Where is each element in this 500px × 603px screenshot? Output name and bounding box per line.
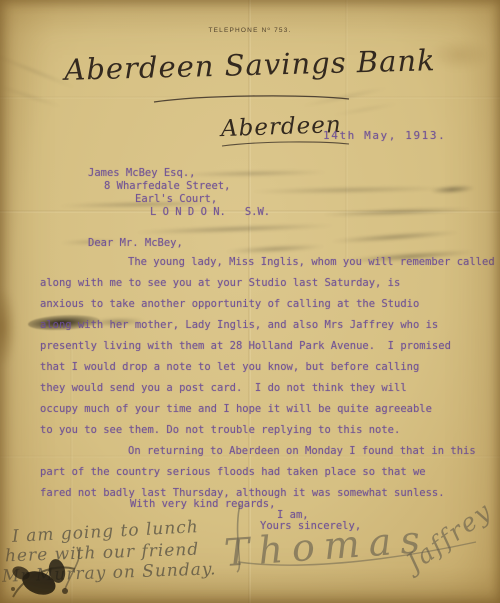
body-line: to you to see them. Do not trouble reply… [40, 420, 498, 441]
body-line: they would send you a post card. I do no… [40, 378, 498, 399]
ink-smudge [135, 223, 335, 236]
ink-smudge [178, 170, 328, 178]
ink-blot [5, 545, 115, 603]
letter-body: The young lady, Miss Inglis, whom you wi… [40, 252, 498, 504]
body-line: along with her mother, Lady Inglis, and … [40, 315, 498, 336]
telephone-number: TELEPHONE Nº 753. [0, 27, 500, 34]
body-line: The young lady, Miss Inglis, whom you wi… [128, 252, 498, 273]
recipient-district: Earl's Court, [135, 193, 217, 205]
body-line: that I would drop a note to let you know… [40, 357, 498, 378]
ink-smudge [330, 229, 460, 244]
body-line: anxious to take another opportunity of c… [40, 294, 498, 315]
recipient-name: James McBey Esq., [88, 167, 195, 179]
recipient-city: L O N D O N. S.W. [150, 206, 270, 218]
ink-smudge [250, 185, 450, 194]
bank-name-script: Aberdeen Savings Bank [64, 43, 436, 87]
recipient-street: 8 Wharfedale Street, [104, 180, 230, 192]
letter-date: 14th May, 1913. [323, 129, 446, 142]
ink-smudge [430, 184, 475, 194]
ink-smudge [322, 206, 472, 217]
body-line: occupy much of your time and I hope it w… [40, 399, 498, 420]
paper-stain [430, 40, 490, 70]
body-line: presently living with them at 28 Holland… [40, 336, 498, 357]
paper-stain [0, 290, 16, 365]
title-underline-flourish [152, 92, 352, 106]
body-line: part of the country serious floods had t… [40, 462, 498, 483]
salutation: Dear Mr. McBey, [88, 237, 183, 249]
paper-crease-mark [0, 84, 64, 108]
body-line: On returning to Aberdeen on Monday I fou… [128, 441, 498, 462]
body-line: along with me to see you at your Studio … [40, 273, 498, 294]
scanned-letter-page: TELEPHONE Nº 753. Aberdeen Savings Bank … [0, 0, 500, 603]
